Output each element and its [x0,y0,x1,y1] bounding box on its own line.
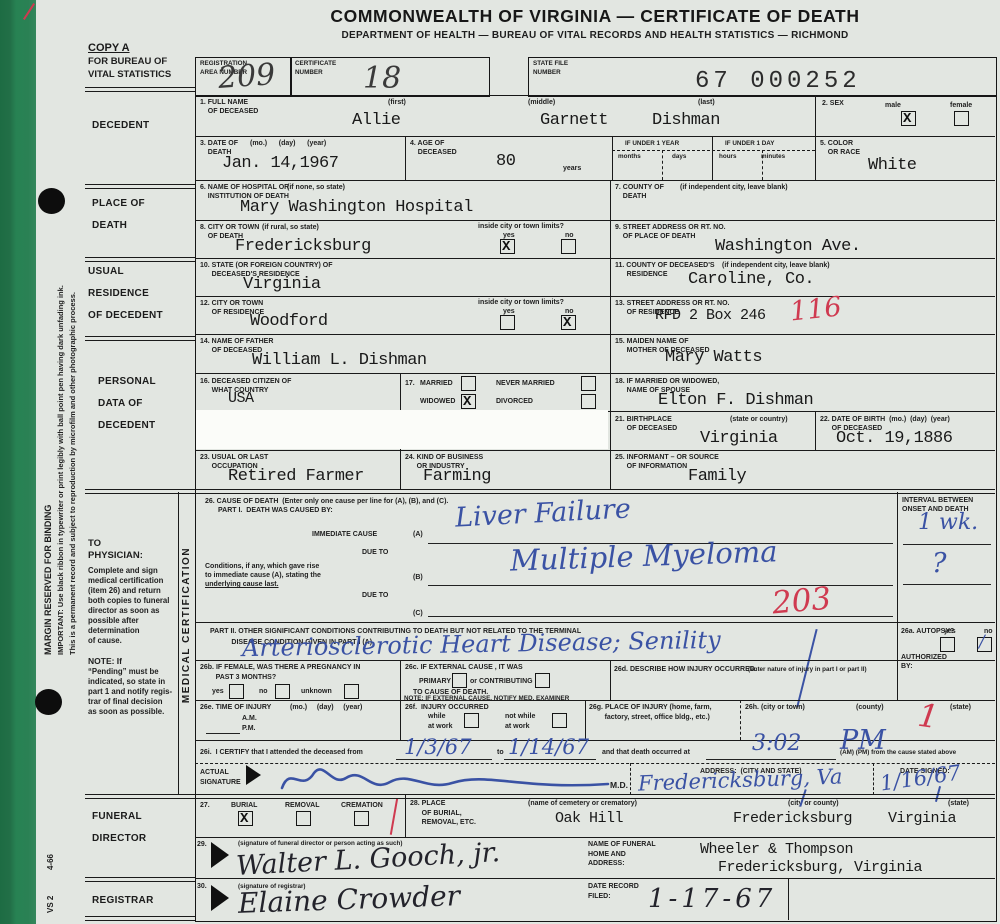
grid-line [873,763,874,795]
sex-female-label: female [950,101,972,110]
race-value: White [868,157,917,174]
conditions-note: Conditions, if any, which gave rise to i… [205,562,321,580]
under-1-year-label: IF UNDER 1 YEAR [625,140,679,149]
authorized-by-label: AUTHORIZED BY: [901,653,947,671]
line-b-label: (B) [413,573,423,582]
margin-line2: This is a permanent record and subject t… [67,235,79,655]
grid-line [504,759,596,760]
months-label: months [618,153,641,162]
grid-line [740,700,741,740]
field-26b-label: 26b. IF FEMALE, WAS THERE A PREGNANCY IN… [200,663,360,682]
section-usual-residence: USUAL RESIDENCE OF DECEDENT [88,261,163,327]
grid-line [612,150,815,151]
interval-b-handwritten: ? [932,550,946,577]
grid-line [85,489,995,494]
pregnancy-yes-checkbox [229,684,244,699]
grid-line [612,136,613,180]
funeral-director-arrow [211,842,229,868]
widowed-check: X [463,394,471,410]
minutes-label: minutes [761,153,785,162]
due-to-label-2: DUE TO [362,591,388,600]
while-at-work-checkbox [464,713,479,728]
due-to-label-1: DUE TO [362,548,388,557]
grid-line [85,877,195,882]
grid-line [85,87,195,92]
grid-line [195,296,995,297]
informant-value: Family [688,468,746,485]
state-residence-value: Virginia [243,276,321,293]
physician-signature [276,763,616,795]
limits2-no-check: X [563,315,571,331]
grid-line [195,373,995,374]
grid-line [195,837,995,838]
hospital-value: Mary Washington Hospital [240,199,473,216]
page-subtitle: DEPARTMENT OF HEALTH — BUREAU OF VITAL R… [195,30,995,41]
mother-name-value: Mary Watts [665,349,762,366]
occupation-value: Retired Farmer [228,468,364,485]
field-21-hint: (state or country) [730,415,788,424]
field-26d-label: 26d. DESCRIBE HOW INJURY OCCURRED. [614,665,757,674]
field-21-label: 21. BIRTHPLACE OF DECEASED [615,415,677,434]
business-value: Farming [423,468,491,485]
middle-name-value: Garnett [540,112,608,129]
age-years-label: years [563,164,581,173]
funeral-home-label: NAME OF FUNERAL HOME AND ADDRESS: [588,840,656,869]
grid-line [815,136,816,180]
married-label: MARRIED [420,379,453,388]
red-code-203: 203 [771,583,833,619]
section-place-of-death: PLACE OF DEATH [92,193,145,237]
field-1-hint-last: (last) [698,98,715,107]
limits-label-death: inside city or town limits? [478,222,564,231]
date-of-birth-value: Oct. 19,1886 [836,430,952,447]
grid-line [195,700,995,701]
not-while-at-work-checkbox [552,713,567,728]
removal-label: REMOVAL [285,801,319,810]
field-7-label: 7. COUNTY OF DEATH [615,183,664,202]
contributing-checkbox [535,673,550,688]
divorced-label: DIVORCED [496,397,533,406]
contributing-label: or CONTRIBUTING [470,677,533,686]
burial-label: BURIAL [231,801,257,810]
never-married-label: NEVER MARRIED [496,379,555,388]
sex-male-check: X [903,111,911,127]
grid-line [585,700,586,740]
state-hint: (state) [950,703,971,712]
binding-strip [0,0,36,924]
to-physician-label: TO PHYSICIAN: [88,538,143,562]
grid-line [85,184,195,189]
field-26g-label: 26g. PLACE OF INJURY (home, farm, factor… [589,703,712,722]
grid-line [662,150,663,180]
grid-line [195,622,995,623]
birthplace-value: Virginia [700,430,778,447]
primary-label: PRIMARY [419,677,451,686]
section-personal-data: PERSONAL DATA OF DECEDENT [98,371,156,437]
grid-line [903,584,991,585]
redacted-area [196,410,608,449]
pending-note: “Pending” must be indicated, so state in… [88,667,172,717]
hours-label: hours [719,153,737,162]
grid-line [400,700,401,740]
attended-to-value: 1/14/67 [508,737,589,758]
field-4-label: 4. AGE OF DECEASED [410,139,457,158]
am-label: A.M. [242,714,257,723]
date-record-filed-value: 1-17-67 [648,886,776,912]
pm-label: P.M. [242,724,256,733]
widowed-label: WIDOWED [420,397,455,406]
medical-certification-label: MEDICAL CERTIFICATION [181,495,192,755]
grid-line [85,916,195,921]
to-physician-note: Complete and sign medical certification … [88,566,169,646]
removal-checkbox [296,811,311,826]
grid-line [85,257,195,262]
citizen-value: USA [228,391,254,406]
father-name-value: William L. Dishman [252,352,427,369]
age-value: 80 [496,153,515,170]
spouse-value: Elton F. Dishman [658,392,813,409]
hole-punch [35,689,62,715]
first-name-value: Allie [352,112,401,129]
immediate-cause-label: IMMEDIATE CAUSE [312,530,377,539]
cremation-checkbox [354,811,369,826]
grid-line [195,334,995,335]
registrar-signature: Elaine Crowder [238,882,461,918]
field-9-label: 9. STREET ADDRESS OR RT. NO. OF PLACE OF… [615,223,726,242]
state-file-label: STATE FILE NUMBER [533,60,568,77]
field-26e-hints: (mo.) (day) (year) [290,703,362,712]
funeral-home-name: Wheeler & Thompson [700,842,853,857]
section-funeral-director: FUNERAL DIRECTOR [92,806,146,850]
grid-line [897,622,898,700]
grid-line [610,660,611,700]
grid-line [405,795,406,837]
funeral-home-address: Fredericksburg, Virginia [718,860,922,875]
autopsy-yes-label: yes [944,627,956,636]
field-1-hint-first: (first) [388,98,406,107]
field-29-num: 29. [197,840,207,849]
grid-line [712,136,713,180]
limits-no-checkbox [561,239,576,254]
grid-line [630,763,631,795]
burial-city-value: Fredericksburg [733,811,852,826]
burial-state-hint: (state) [948,799,969,808]
limits-yes-check: X [502,239,510,255]
grid-line [405,136,406,180]
page-title: COMMONWEALTH OF VIRGINIA — CERTIFICATE O… [195,6,995,27]
grid-line [897,492,898,622]
field-26e-label: 26e. TIME OF INJURY [200,703,271,712]
last-name-value: Dishman [652,112,720,129]
certify-pre: 26i. I CERTIFY that I attended the decea… [200,748,363,757]
field-2-label: 2. SEX [822,99,844,108]
form-code: VS 2 [46,896,55,913]
conditions-note-underlined: underlying cause last. [205,580,279,589]
burial-city-hint: (city or county) [788,799,839,808]
grid-line [788,878,789,920]
margin-binding-text: MARGIN RESERVED FOR BINDING IMPORTANT: U… [42,235,79,655]
pregnancy-no-checkbox [275,684,290,699]
grid-line [195,220,995,221]
grid-line [85,336,195,341]
field-1-hint-middle: (middle) [528,98,555,107]
city-of-death-value: Fredericksburg [235,238,371,255]
field-28-label: 28. PLACE OF BURIAL, REMOVAL, ETC. [410,799,476,828]
burial-state-value: Virginia [888,811,956,826]
grid-line [195,878,995,879]
death-certificate-scan: MARGIN RESERVED FOR BINDING IMPORTANT: U… [0,0,1000,924]
red-code-116: 116 [789,293,843,325]
hole-punch [38,188,65,214]
grid-line [178,492,179,794]
field-5-label: 5. COLOR OR RACE [820,139,860,158]
while-at-work-label: while at work [428,712,453,731]
limits2-yes-checkbox [500,315,515,330]
field-3-hints: (mo.) (day) (year) [250,139,326,148]
section-decedent: DECEDENT [92,115,149,137]
grid-line [815,411,816,450]
divorced-checkbox [581,394,596,409]
field-27-num: 27. [200,801,210,810]
pregnancy-unknown-checkbox [344,684,359,699]
grid-line [903,544,991,545]
field-26d-hint: (enter nature of injury in part I or par… [748,666,867,675]
attended-from-value: 1/3/67 [404,737,472,758]
date-record-filed-label: DATE RECORD FILED: [588,882,639,901]
copy-for-label: FOR BUREAU OF VITAL STATISTICS [88,56,171,82]
grid-line [195,258,995,259]
burial-check: X [240,811,248,827]
state-file-number: 67 000252 [695,68,861,95]
street-of-death-value: Washington Ave. [715,238,861,255]
autopsy-no-label: no [984,627,993,636]
field-6-hint: (if none, so state) [287,183,345,192]
grid-line [206,733,240,734]
grid-line [400,660,401,700]
copy-label: COPY A [88,42,130,54]
grid-line [195,180,995,181]
county-residence-value: Caroline, Co. [688,271,814,288]
street-residence-value: RFD 2 Box 246 [655,308,766,323]
grid-line [706,759,836,760]
registrar-arrow [211,885,229,911]
md-label: M.D. [610,780,628,791]
certificate-label: CERTIFICATE NUMBER [295,60,336,77]
pregnancy-unknown-label: unknown [301,687,332,696]
limits-label-residence: inside city or town limits? [478,298,564,307]
days-label: days [672,153,686,162]
sex-male-label: male [885,101,901,110]
certificate-number-handwritten: 18 [363,64,401,94]
cemetery-value: Oak Hill [555,811,623,826]
cemetery-hint: (name of cemetery or crematory) [528,799,637,808]
grid-line [396,759,492,760]
field-17-num: 17. [405,379,415,388]
death-time-value: 3:02 [752,733,801,755]
field-30-num: 30. [197,882,207,891]
pregnancy-yes-label: yes [212,687,224,696]
grid-line [195,136,995,137]
field-26c-label: 26c. IF EXTERNAL CAUSE , IT WAS [405,663,523,672]
field-7-hint: (if independent city, leave blank) [680,183,788,192]
primary-checkbox [452,673,467,688]
sex-female-checkbox [954,111,969,126]
autopsy-no-check: ∕ [979,634,985,651]
signature-arrow [246,765,261,785]
county-hint: (county) [856,703,884,712]
section-registrar: REGISTRAR [92,890,154,912]
city-residence-value: Woodford [250,313,328,330]
date-of-death-value: Jan. 14,1967 [222,155,338,172]
grid-line [610,180,611,490]
field-8-hint: (if rural, so state) [262,223,319,232]
not-while-at-work-label: not while at work [505,712,535,731]
married-checkbox [461,376,476,391]
line-a-label: (A) [413,530,423,539]
grid-line [762,150,763,180]
registration-number-handwritten: 209 [217,60,276,94]
grid-line [195,450,995,451]
line-c-label: (C) [413,609,423,618]
grid-line [815,95,816,136]
field-1-label: 1. FULL NAME OF DECEASED [200,98,258,117]
autopsy-yes-checkbox [940,637,955,652]
field-26h-label: 26h. (city or town) [745,703,805,712]
actual-signature-label: ACTUAL SIGNATURE [200,768,241,787]
pregnancy-no-label: no [259,687,268,696]
certify-to: to [497,748,504,757]
grid-line [85,794,995,799]
grid-line [195,763,995,764]
certify-mid: and that death occurred at [602,748,690,757]
interval-a-handwritten: 1 wk. [918,512,978,534]
under-1-day-label: IF UNDER 1 DAY [725,140,774,149]
form-revision: 4-66 [46,854,55,870]
margin-bold: MARGIN RESERVED FOR BINDING [42,235,55,655]
field-26-part1: PART I. DEATH WAS CAUSED BY: [218,506,333,515]
death-ampm-value: PM [840,727,886,754]
cremation-label: CREMATION [341,801,383,810]
pending-note-head: NOTE: If [88,656,122,667]
margin-line1: IMPORTANT: Use black ribbon in typewrite… [55,235,67,655]
never-married-checkbox [581,376,596,391]
